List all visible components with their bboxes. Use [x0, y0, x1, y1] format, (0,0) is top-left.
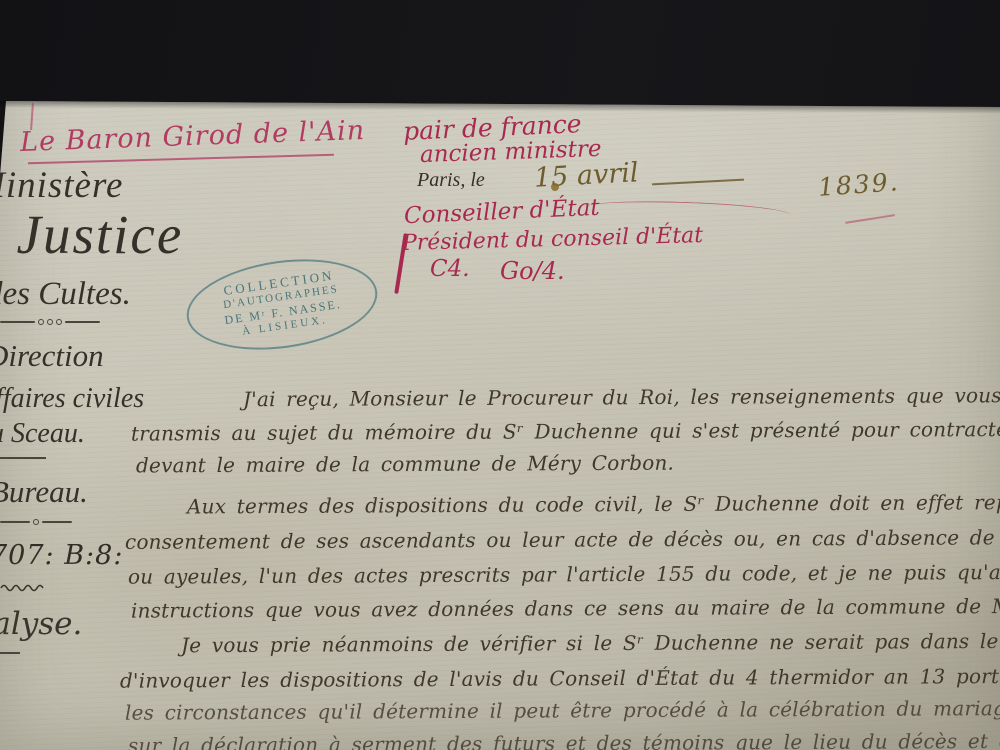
letterhead-rule [0, 457, 46, 459]
ornament-dot [56, 319, 62, 325]
body-line: J'ai reçu, Monsieur le Procureur du Roi,… [243, 383, 1000, 411]
letterhead-ministere: Ministère [0, 164, 123, 207]
body-line: devant le maire de la commune de Méry Co… [136, 451, 674, 478]
body-line: instructions que vous avez données dans … [131, 593, 1000, 622]
letterhead-affaires-civiles: Affaires civiles [0, 383, 144, 415]
letterhead-ornament-divider-2 [0, 519, 72, 525]
printed-dateline: Paris, le [417, 169, 485, 192]
manuscript-photo: Le Baron Girod de l'Ain Ministère la Jus… [0, 0, 1000, 750]
letterhead-bureau: Bureau. [0, 474, 88, 510]
dossier-reference-number: 707: B:8: [0, 540, 123, 571]
letterhead-justice: la Justice [0, 203, 183, 266]
body-line: ou ayeules, l'un des actes prescrits par… [128, 559, 1000, 588]
letterhead-ornament-divider [0, 319, 100, 325]
collection-mark-c4: C4. [430, 256, 470, 282]
body-line: consentement de ses ascendants ou leur a… [125, 524, 1000, 554]
letterhead-du-sceau: du Sceau. [0, 418, 85, 450]
letterhead-direction: Direction [0, 338, 104, 374]
body-line: Je vous prie néanmoins de vérifier si le… [181, 629, 1000, 658]
ornament-line [42, 521, 72, 523]
collection-mark-go4: Go/4. [500, 257, 565, 285]
letterhead-cultes: des Cultes. [0, 276, 131, 313]
ornament-dot [38, 319, 44, 325]
body-line: Aux termes des dispositions du code civi… [187, 490, 1000, 519]
ornament-line [0, 321, 35, 323]
ornament-dot [33, 519, 39, 525]
ornament-line [65, 321, 100, 323]
handwritten-year: 1839. [817, 167, 900, 202]
handwritten-date: 15 avril [533, 157, 639, 193]
ornament-line [0, 521, 30, 523]
ornament-dot [47, 319, 53, 325]
body-line: transmis au sujet du mémoire du Sʳ Duche… [131, 416, 1000, 445]
ink-blot [551, 183, 559, 191]
analyse-underline [0, 652, 20, 654]
body-line: les circonstances qu'il détermine il peu… [125, 695, 1000, 724]
body-line: d'invoquer les dispositions de l'avis du… [120, 663, 1000, 692]
letterhead-analyse: Analyse. [0, 606, 82, 642]
squiggle-mark [0, 581, 48, 593]
